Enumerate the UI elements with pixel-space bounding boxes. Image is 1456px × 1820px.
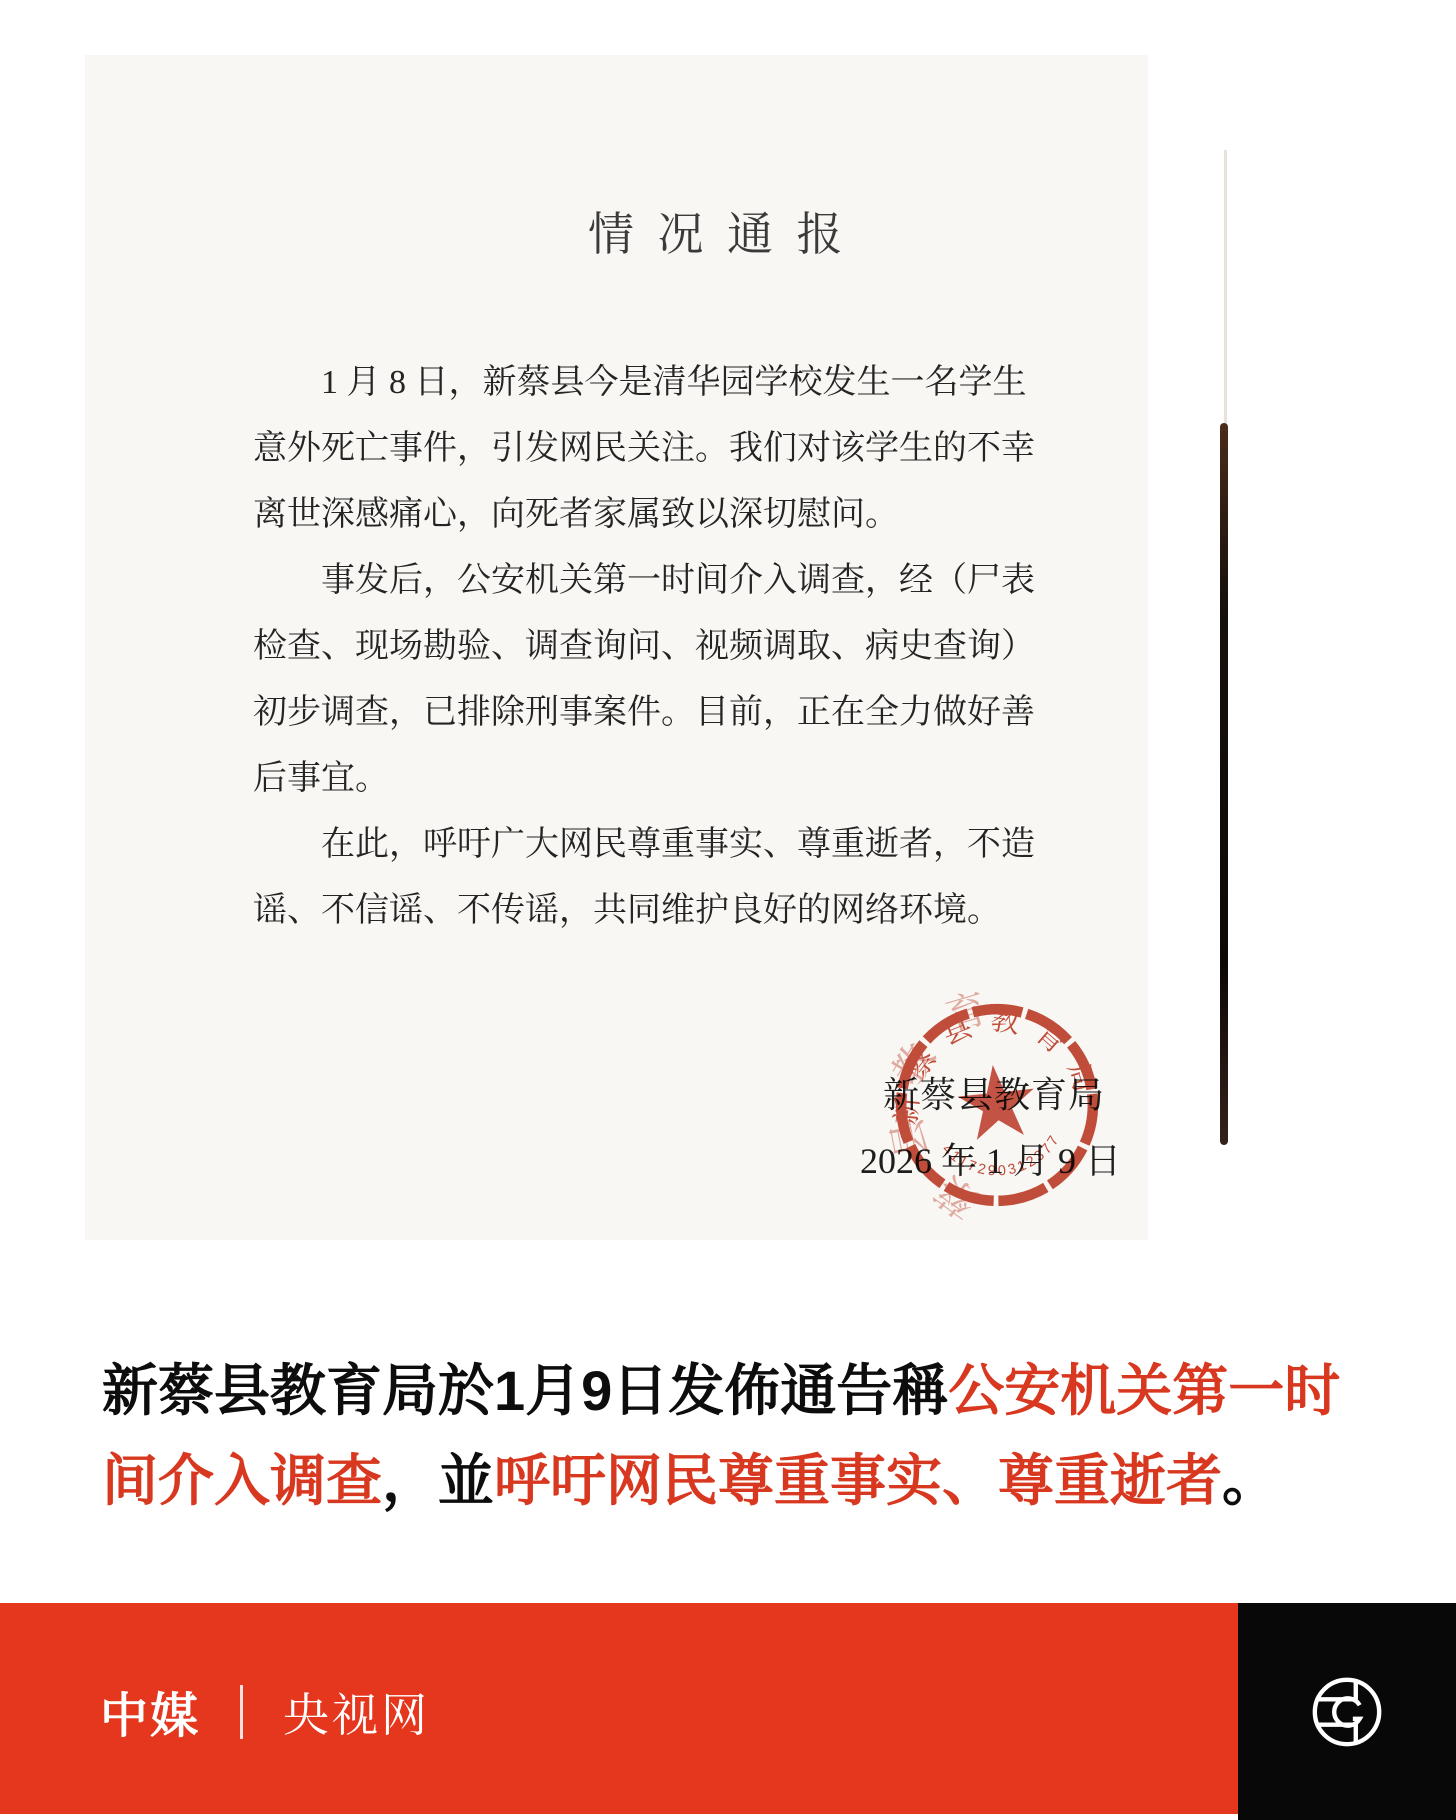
document-line: 检查、现场勘验、调查询问、视频调取、病史查询） xyxy=(253,614,1043,680)
document-line: 意外死亡事件，引发网民关注。我们对该学生的不幸 xyxy=(253,416,1043,482)
caption-text-red: 间介入调查 xyxy=(102,1449,382,1512)
site-name: 央视网 xyxy=(283,1679,430,1745)
divider xyxy=(240,1685,243,1739)
caption-text-black: 。 xyxy=(1222,1449,1278,1512)
document-line: 后事宜。 xyxy=(253,746,1043,812)
footer-brand-area: 中媒 央视网 xyxy=(0,1603,1238,1820)
document-line: 初步调查，已排除刑事案件。目前，正在全力做好善 xyxy=(253,680,1043,746)
caption-text-red: 呼吁网民尊重事实、尊重逝者 xyxy=(494,1449,1222,1512)
document-scan: 情 况 通 报 1 月 8 日，新蔡县今是清华园学校发生一名学生 意外死亡事件，… xyxy=(85,55,1148,1240)
caption-text-red: 公安机关第一时 xyxy=(948,1359,1340,1422)
bottom-strip xyxy=(0,1814,1238,1820)
document-line: 谣、不信谣、不传谣，共同维护良好的网络环境。 xyxy=(253,878,1043,944)
seal-star-icon xyxy=(955,1061,1039,1141)
paper-edge-shadow xyxy=(1224,150,1227,425)
footer-logo-area xyxy=(1238,1603,1456,1820)
footer-bar: 中媒 央视网 xyxy=(0,1603,1456,1820)
caption-text-black: ，並 xyxy=(382,1449,494,1512)
page: 情 况 通 报 1 月 8 日，新蔡县今是清华园学校发生一名学生 意外死亡事件，… xyxy=(0,0,1456,1820)
caption-text-black: 新蔡县教育局於1月9日发佈通告稱 xyxy=(102,1359,948,1422)
brand-name: 中媒 xyxy=(100,1677,200,1746)
scan-spine-line xyxy=(1220,423,1228,1145)
document-title: 情 况 通 报 xyxy=(588,198,849,264)
document-line: 1 月 8 日，新蔡县今是清华园学校发生一名学生 xyxy=(253,350,1043,416)
document-body: 1 月 8 日，新蔡县今是清华园学校发生一名学生 意外死亡事件，引发网民关注。我… xyxy=(253,350,1043,944)
cctv-logo-icon xyxy=(1308,1673,1386,1751)
caption-summary: 新蔡县教育局於1月9日发佈通告稱公安机关第一时间介入调查，並呼吁网民尊重事实、尊… xyxy=(102,1346,1432,1526)
document-line: 离世深感痛心，向死者家属致以深切慰问。 xyxy=(253,482,1043,548)
official-seal-stamp: 新蔡县教育局 新蔡县教育局 4117290312377 xyxy=(871,979,1124,1232)
document-line: 事发后，公安机关第一时间介入调查，经（尸表 xyxy=(253,548,1043,614)
document-line: 在此，呼吁广大网民尊重事实、尊重逝者，不造 xyxy=(253,812,1043,878)
